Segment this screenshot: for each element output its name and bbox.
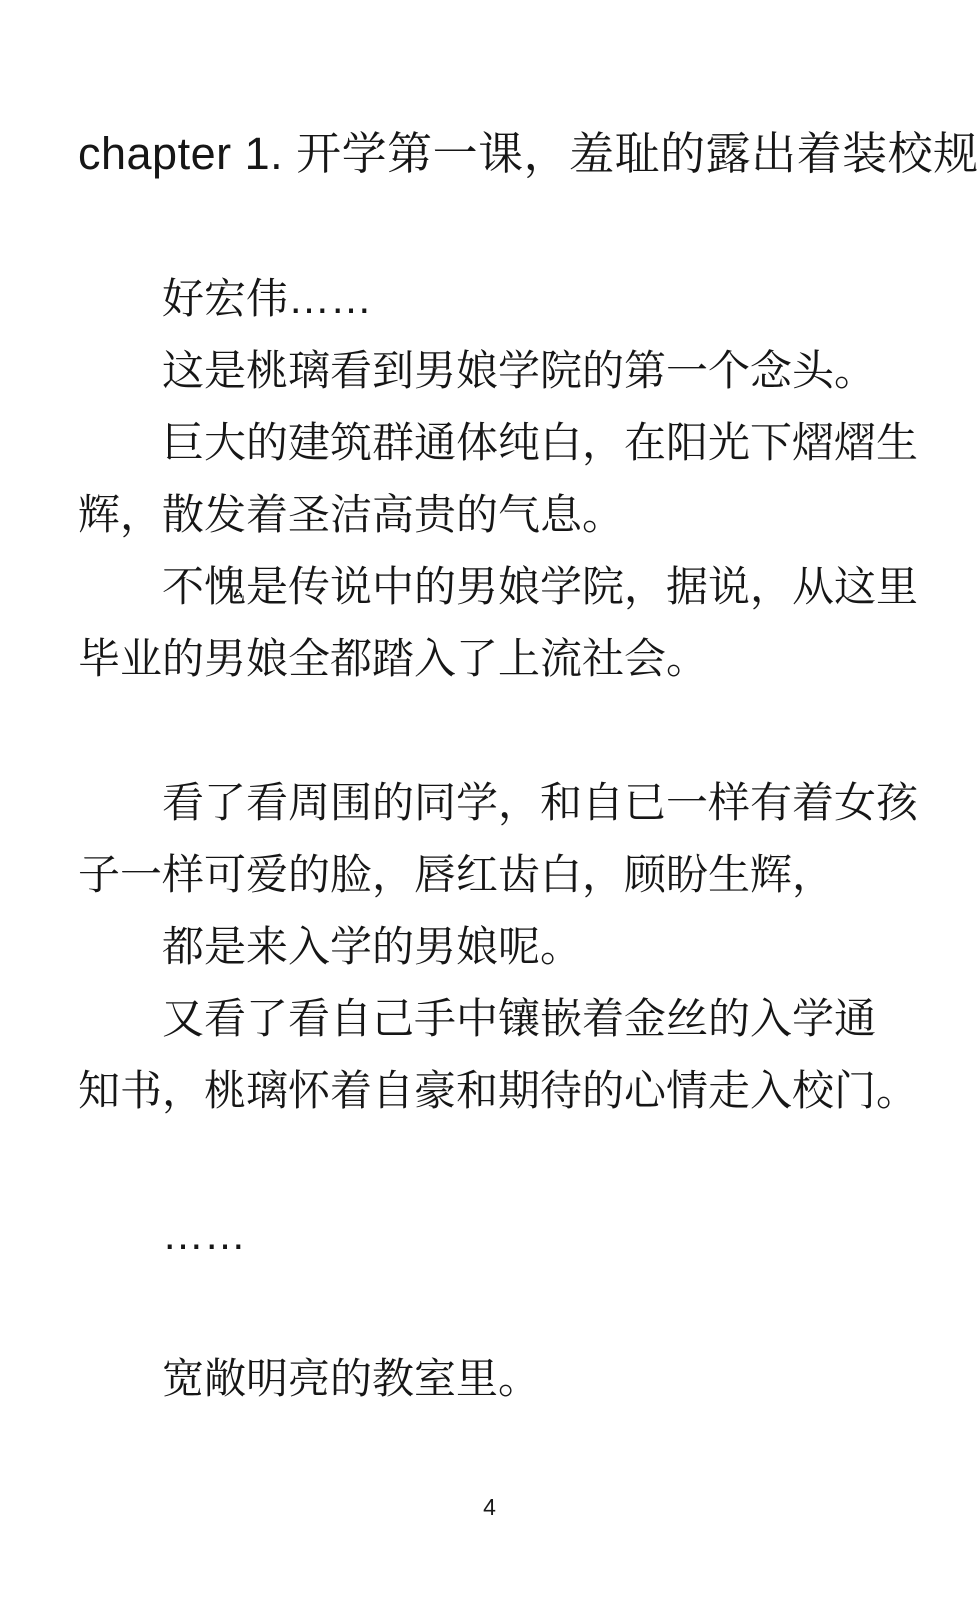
paragraph: 都是来入学的男娘呢。 [78,911,943,983]
paragraph: 又看了看自己手中镶嵌着金丝的入学通知书，桃璃怀着自豪和期待的心情走入校门。 [78,983,943,1127]
paragraph: 好宏伟…… [78,263,943,335]
paragraph: 不愧是传说中的男娘学院，据说，从这里毕业的男娘全都踏入了上流社会。 [78,551,943,695]
paragraph [78,1127,943,1199]
chapter-body: 好宏伟……这是桃璃看到男娘学院的第一个念头。巨大的建筑群通体纯白，在阳光下熠熠生… [78,263,943,1415]
paragraph-line: …… [78,1199,943,1271]
paragraph: 这是桃璃看到男娘学院的第一个念头。 [78,335,943,407]
reader-page: chapter 1. 开学第一课，羞耻的露出着装校规！ 好宏伟……这是桃璃看到男… [0,0,979,1613]
paragraph-line: 宽敞明亮的教室里。 [78,1343,943,1415]
paragraph-line: 看了看周围的同学，和自已一样有着女孩 [78,767,943,839]
paragraph-line: 又看了看自己手中镶嵌着金丝的入学通 [78,983,943,1055]
paragraph-line [78,1127,943,1199]
paragraph-line [78,695,943,767]
paragraph-line: 子一样可爱的脸，唇红齿白，顾盼生辉， [78,839,943,911]
paragraph-line: 不愧是传说中的男娘学院，据说，从这里 [78,551,943,623]
paragraph-line: 知书，桃璃怀着自豪和期待的心情走入校门。 [78,1055,943,1127]
chapter-title: chapter 1. 开学第一课，羞耻的露出着装校规！ [78,0,943,186]
page-number: 4 [0,1494,979,1521]
paragraph [78,1271,943,1343]
paragraph: 巨大的建筑群通体纯白，在阳光下熠熠生辉，散发着圣洁高贵的气息。 [78,407,943,551]
paragraph-line: 辉，散发着圣洁高贵的气息。 [78,479,943,551]
paragraph: 看了看周围的同学，和自已一样有着女孩子一样可爱的脸，唇红齿白，顾盼生辉， [78,767,943,911]
paragraph-line: 都是来入学的男娘呢。 [78,911,943,983]
paragraph [78,695,943,767]
paragraph-line: 好宏伟…… [78,263,943,335]
paragraph-line: 这是桃璃看到男娘学院的第一个念头。 [78,335,943,407]
paragraph-line: 毕业的男娘全都踏入了上流社会。 [78,623,943,695]
page-content: chapter 1. 开学第一课，羞耻的露出着装校规！ 好宏伟……这是桃璃看到男… [78,0,943,1415]
paragraph: …… [78,1199,943,1271]
paragraph-line: 巨大的建筑群通体纯白，在阳光下熠熠生 [78,407,943,479]
paragraph-line [78,1271,943,1343]
paragraph: 宽敞明亮的教室里。 [78,1343,943,1415]
